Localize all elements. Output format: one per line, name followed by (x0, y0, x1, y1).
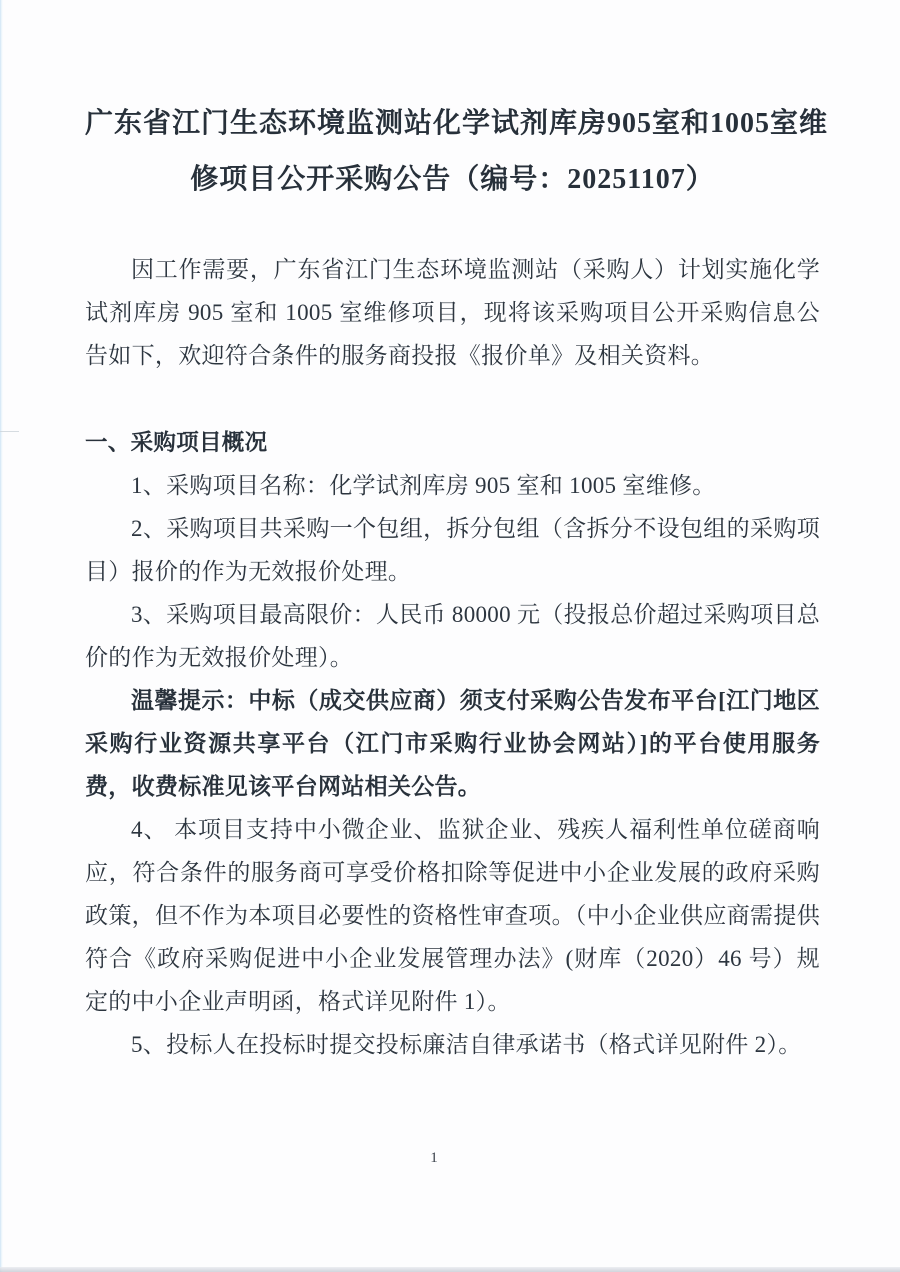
page-number: 1 (0, 1150, 868, 1167)
scan-edge-artifact-bottom (0, 1267, 900, 1272)
paragraph-item-5-integrity-letter: 5、投标人在投标时提交投标廉洁自律承诺书（格式详见附件 2）。 (85, 1023, 820, 1066)
paragraph-notice-platform-fee: 温馨提示：中标（成交供应商）须支付采购公告发布平台[江门地区采购行业资源共享平台… (85, 679, 820, 808)
title-line-2: 修项目公开采购公告（编号：20251107） (85, 152, 820, 208)
paragraph-item-2-package: 2、采购项目共采购一个包组，拆分包组（含拆分不设包组的采购项目）报价的作为无效报… (85, 507, 820, 593)
document-title: 广东省江门生态环境监测站化学试剂库房905室和1005室维 修项目公开采购公告（… (85, 96, 820, 208)
document-content: 广东省江门生态环境监测站化学试剂库房905室和1005室维 修项目公开采购公告（… (0, 0, 900, 1066)
paragraph-item-3-price-limit: 3、采购项目最高限价：人民币 80000 元（投报总价超过采购项目总价的作为无效… (85, 593, 820, 679)
document-page: 广东省江门生态环境监测站化学试剂库房905室和1005室维 修项目公开采购公告（… (0, 0, 900, 1272)
paragraph-item-1-project-name: 1、采购项目名称：化学试剂库房 905 室和 1005 室维修。 (85, 464, 820, 507)
paragraph-item-4-sme-policy: 4、 本项目支持中小微企业、监狱企业、残疾人福利性单位磋商响应，符合条件的服务商… (85, 808, 820, 1023)
paragraph-intro: 因工作需要，广东省江门生态环境监测站（采购人）计划实施化学试剂库房 905 室和… (85, 248, 820, 377)
section-heading-overview: 一、采购项目概况 (85, 421, 820, 464)
title-line-1: 广东省江门生态环境监测站化学试剂库房905室和1005室维 (85, 96, 820, 152)
